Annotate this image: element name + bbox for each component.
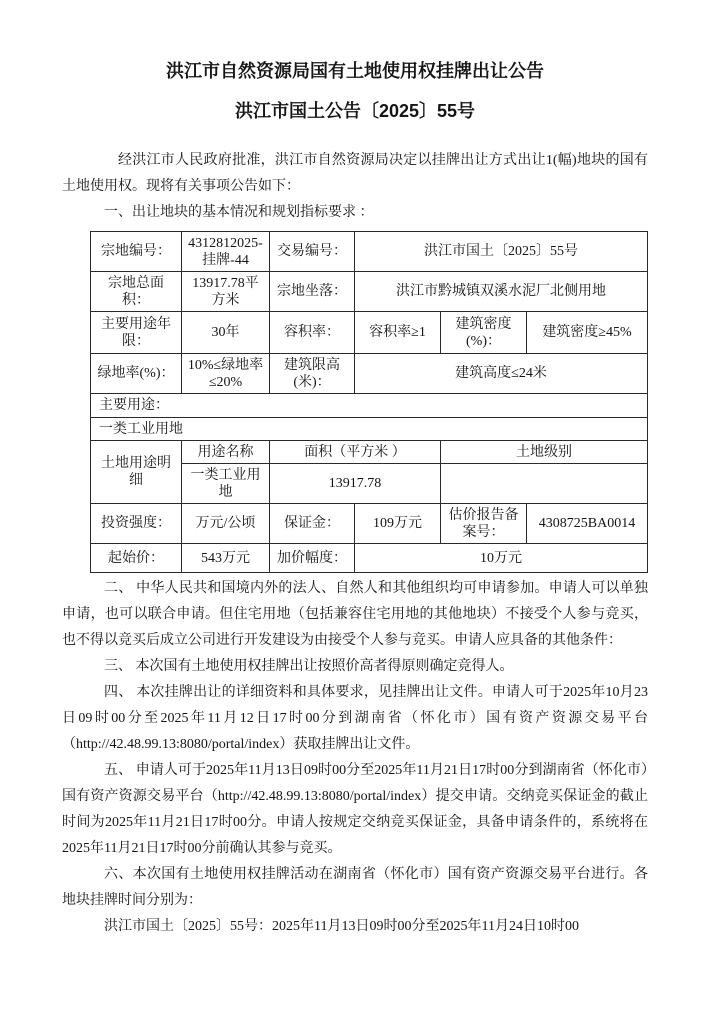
main-use-value: 一类工业用地 [91, 418, 648, 441]
plot-ratio-value: 容积率≥1 [355, 312, 441, 354]
total-area-value: 13917.78平方米 [182, 272, 270, 312]
starting-price-value: 543万元 [182, 544, 270, 573]
paragraph-4: 四、 本次挂牌出让的详细资料和具体要求，见挂牌出让文件。申请人可于2025年10… [62, 680, 648, 758]
paragraph-6: 六、本次国有土地使用权挂牌活动在湖南省（怀化市）国有资产资源交易平台进行。各地块… [62, 862, 648, 914]
section-1-heading: 一、出让地块的基本情况和规划指标要求 ： [62, 200, 648, 226]
table-row: 宗地总面积： 13917.78平方米 宗地坐落： 洪江市黔城镇双溪水泥厂北侧用地 [91, 272, 648, 312]
land-grade-value [441, 464, 648, 504]
table-row: 主要用途年限： 30年 容积率： 容积率≥1 建筑密度(%)： 建筑密度≥45% [91, 312, 648, 354]
document-title: 洪江市自然资源局国有土地使用权挂牌出让公告 [62, 58, 648, 84]
area-value: 13917.78 [270, 464, 441, 504]
location-value: 洪江市黔城镇双溪水泥厂北侧用地 [355, 272, 648, 312]
land-grade-header: 土地级别 [441, 441, 648, 464]
use-term-value: 30年 [182, 312, 270, 354]
table-row: 一类工业用地 [91, 418, 648, 441]
table-row: 宗地编号： 4312812025-挂牌-44 交易编号： 洪江市国土〔2025〕… [91, 232, 648, 272]
table-row: 主要用途： [91, 394, 648, 418]
parcel-number-value: 4312812025-挂牌-44 [182, 232, 270, 272]
height-limit-label: 建筑限高(米)： [270, 354, 355, 394]
table-row: 土地用途明细 用途名称 面积（平方米 ） 土地级别 [91, 441, 648, 464]
intro-paragraph: 经洪江市人民政府批准，洪江市自然资源局决定以挂牌出让方式出让1(幅)地块的国有土… [62, 148, 648, 200]
height-limit-value: 建筑高度≤24米 [355, 354, 648, 394]
increment-label: 加价幅度： [270, 544, 355, 573]
total-area-label: 宗地总面积： [91, 272, 182, 312]
location-label: 宗地坐落： [270, 272, 355, 312]
greening-rate-label: 绿地率(%)： [91, 354, 182, 394]
transaction-number-label: 交易编号： [270, 232, 355, 272]
paragraph-5: 五、 申请人可于2025年11月13日09时00分至2025年11月21日17时… [62, 758, 648, 862]
appraisal-report-label: 估价报告备案号： [441, 504, 527, 544]
increment-value: 10万元 [355, 544, 648, 573]
starting-price-label: 起始价： [91, 544, 182, 573]
paragraph-2: 二、 中华人民共和国境内外的法人、自然人和其他组织均可申请参加。申请人可以单独申… [62, 576, 648, 654]
paragraph-3: 三、 本次国有土地使用权挂牌出让按照价高者得原则确定竞得人。 [62, 654, 648, 680]
table-row: 绿地率(%)： 10%≤绿地率≤20% 建筑限高(米)： 建筑高度≤24米 [91, 354, 648, 394]
appraisal-report-value: 4308725BA0014 [527, 504, 648, 544]
deposit-label: 保证金： [270, 504, 355, 544]
use-name-header: 用途名称 [182, 441, 270, 464]
listing-time-line: 洪江市国土〔2025〕55号：2025年11月13日09时00分至2025年11… [62, 914, 648, 940]
main-use-label: 主要用途： [91, 394, 648, 418]
building-density-value: 建筑密度≥45% [527, 312, 648, 354]
table-row: 起始价： 543万元 加价幅度： 10万元 [91, 544, 648, 573]
use-name-value: 一类工业用地 [182, 464, 270, 504]
table-row: 投资强度： 万元/公顷 保证金： 109万元 估价报告备案号： 4308725B… [91, 504, 648, 544]
greening-rate-value: 10%≤绿地率≤20% [182, 354, 270, 394]
transaction-number-value: 洪江市国土〔2025〕55号 [355, 232, 648, 272]
area-header: 面积（平方米 ） [270, 441, 441, 464]
building-density-label: 建筑密度(%)： [441, 312, 527, 354]
plot-ratio-label: 容积率： [270, 312, 355, 354]
land-parcel-table: 宗地编号： 4312812025-挂牌-44 交易编号： 洪江市国土〔2025〕… [90, 231, 648, 573]
deposit-value: 109万元 [355, 504, 441, 544]
parcel-number-label: 宗地编号： [91, 232, 182, 272]
investment-intensity-value: 万元/公顷 [182, 504, 270, 544]
use-term-label: 主要用途年限： [91, 312, 182, 354]
land-use-detail-label: 土地用途明细 [91, 441, 182, 504]
document-subtitle: 洪江市国土公告〔2025〕55号 [62, 98, 648, 124]
document-page: 洪江市自然资源局国有土地使用权挂牌出让公告 洪江市国土公告〔2025〕55号 经… [0, 0, 713, 1010]
investment-intensity-label: 投资强度： [91, 504, 182, 544]
